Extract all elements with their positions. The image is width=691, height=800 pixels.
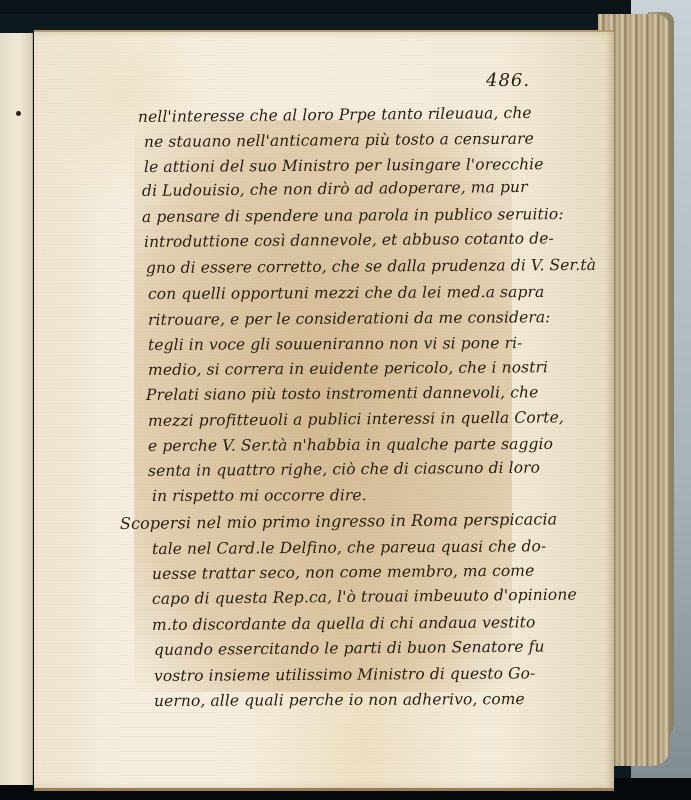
text-line: capo di questa Rep.ca, l'ò trouai imbeuu… (152, 586, 577, 608)
text-line: medio, si correra in euidente pericolo, … (148, 358, 548, 379)
text-line: uerno, alle quali perche io non adherivo… (154, 690, 525, 710)
text-line: Prelati siano più tosto instromenti dann… (146, 383, 538, 404)
text-line: nell'interesse che al loro Prpe tanto ri… (138, 104, 532, 126)
text-line: in rispetto mi occorre dire. (152, 486, 367, 505)
text-line: mezzi profitteuoli a publici interessi i… (148, 408, 564, 430)
text-line: introduttione così dannevole, et abbuso … (144, 229, 554, 251)
facing-page-edge (0, 33, 33, 785)
text-line: con quelli opportuni mezzi che da lei me… (148, 283, 544, 303)
text-line: le attioni del suo Ministro per lusingar… (144, 155, 544, 176)
text-line: ne stauano nell'anticamera più tosto a c… (144, 130, 534, 151)
text-line: gno di essere corretto, che se dalla pru… (146, 256, 596, 277)
handwritten-text: nell'interesse che al loro Prpe tanto ri… (34, 32, 614, 788)
text-line: e perche V. Ser.tà n'habbia in qualche p… (148, 435, 553, 455)
text-line: ritrouare, e per le considerationi da me… (148, 308, 551, 329)
text-line: di Ludouisio, che non dirò ad adoperare,… (142, 178, 528, 200)
manuscript-page: 486. nell'interesse che al loro Prpe tan… (34, 30, 614, 791)
text-line: vostro insieme utilissimo Ministro di qu… (154, 664, 535, 685)
text-line: tegli in voce gli souueniranno non vi si… (148, 334, 523, 354)
text-line: Scopersi nel mio primo ingresso in Roma … (120, 509, 557, 533)
text-line: quando essercitando le parti di buon Sen… (154, 638, 545, 659)
binding-hole (16, 111, 21, 116)
text-line: uesse trattar seco, non come membro, ma … (152, 562, 534, 583)
text-line: m.to discordante da quella di chi andaua… (152, 613, 536, 634)
text-line: a pensare di spendere una parola in publ… (142, 205, 564, 226)
text-line: senta in quattro righe, ciò che di ciasc… (148, 459, 540, 480)
scan-background-top (0, 0, 691, 14)
text-line: tale nel Card.le Delfino, che pareua qua… (152, 537, 546, 558)
